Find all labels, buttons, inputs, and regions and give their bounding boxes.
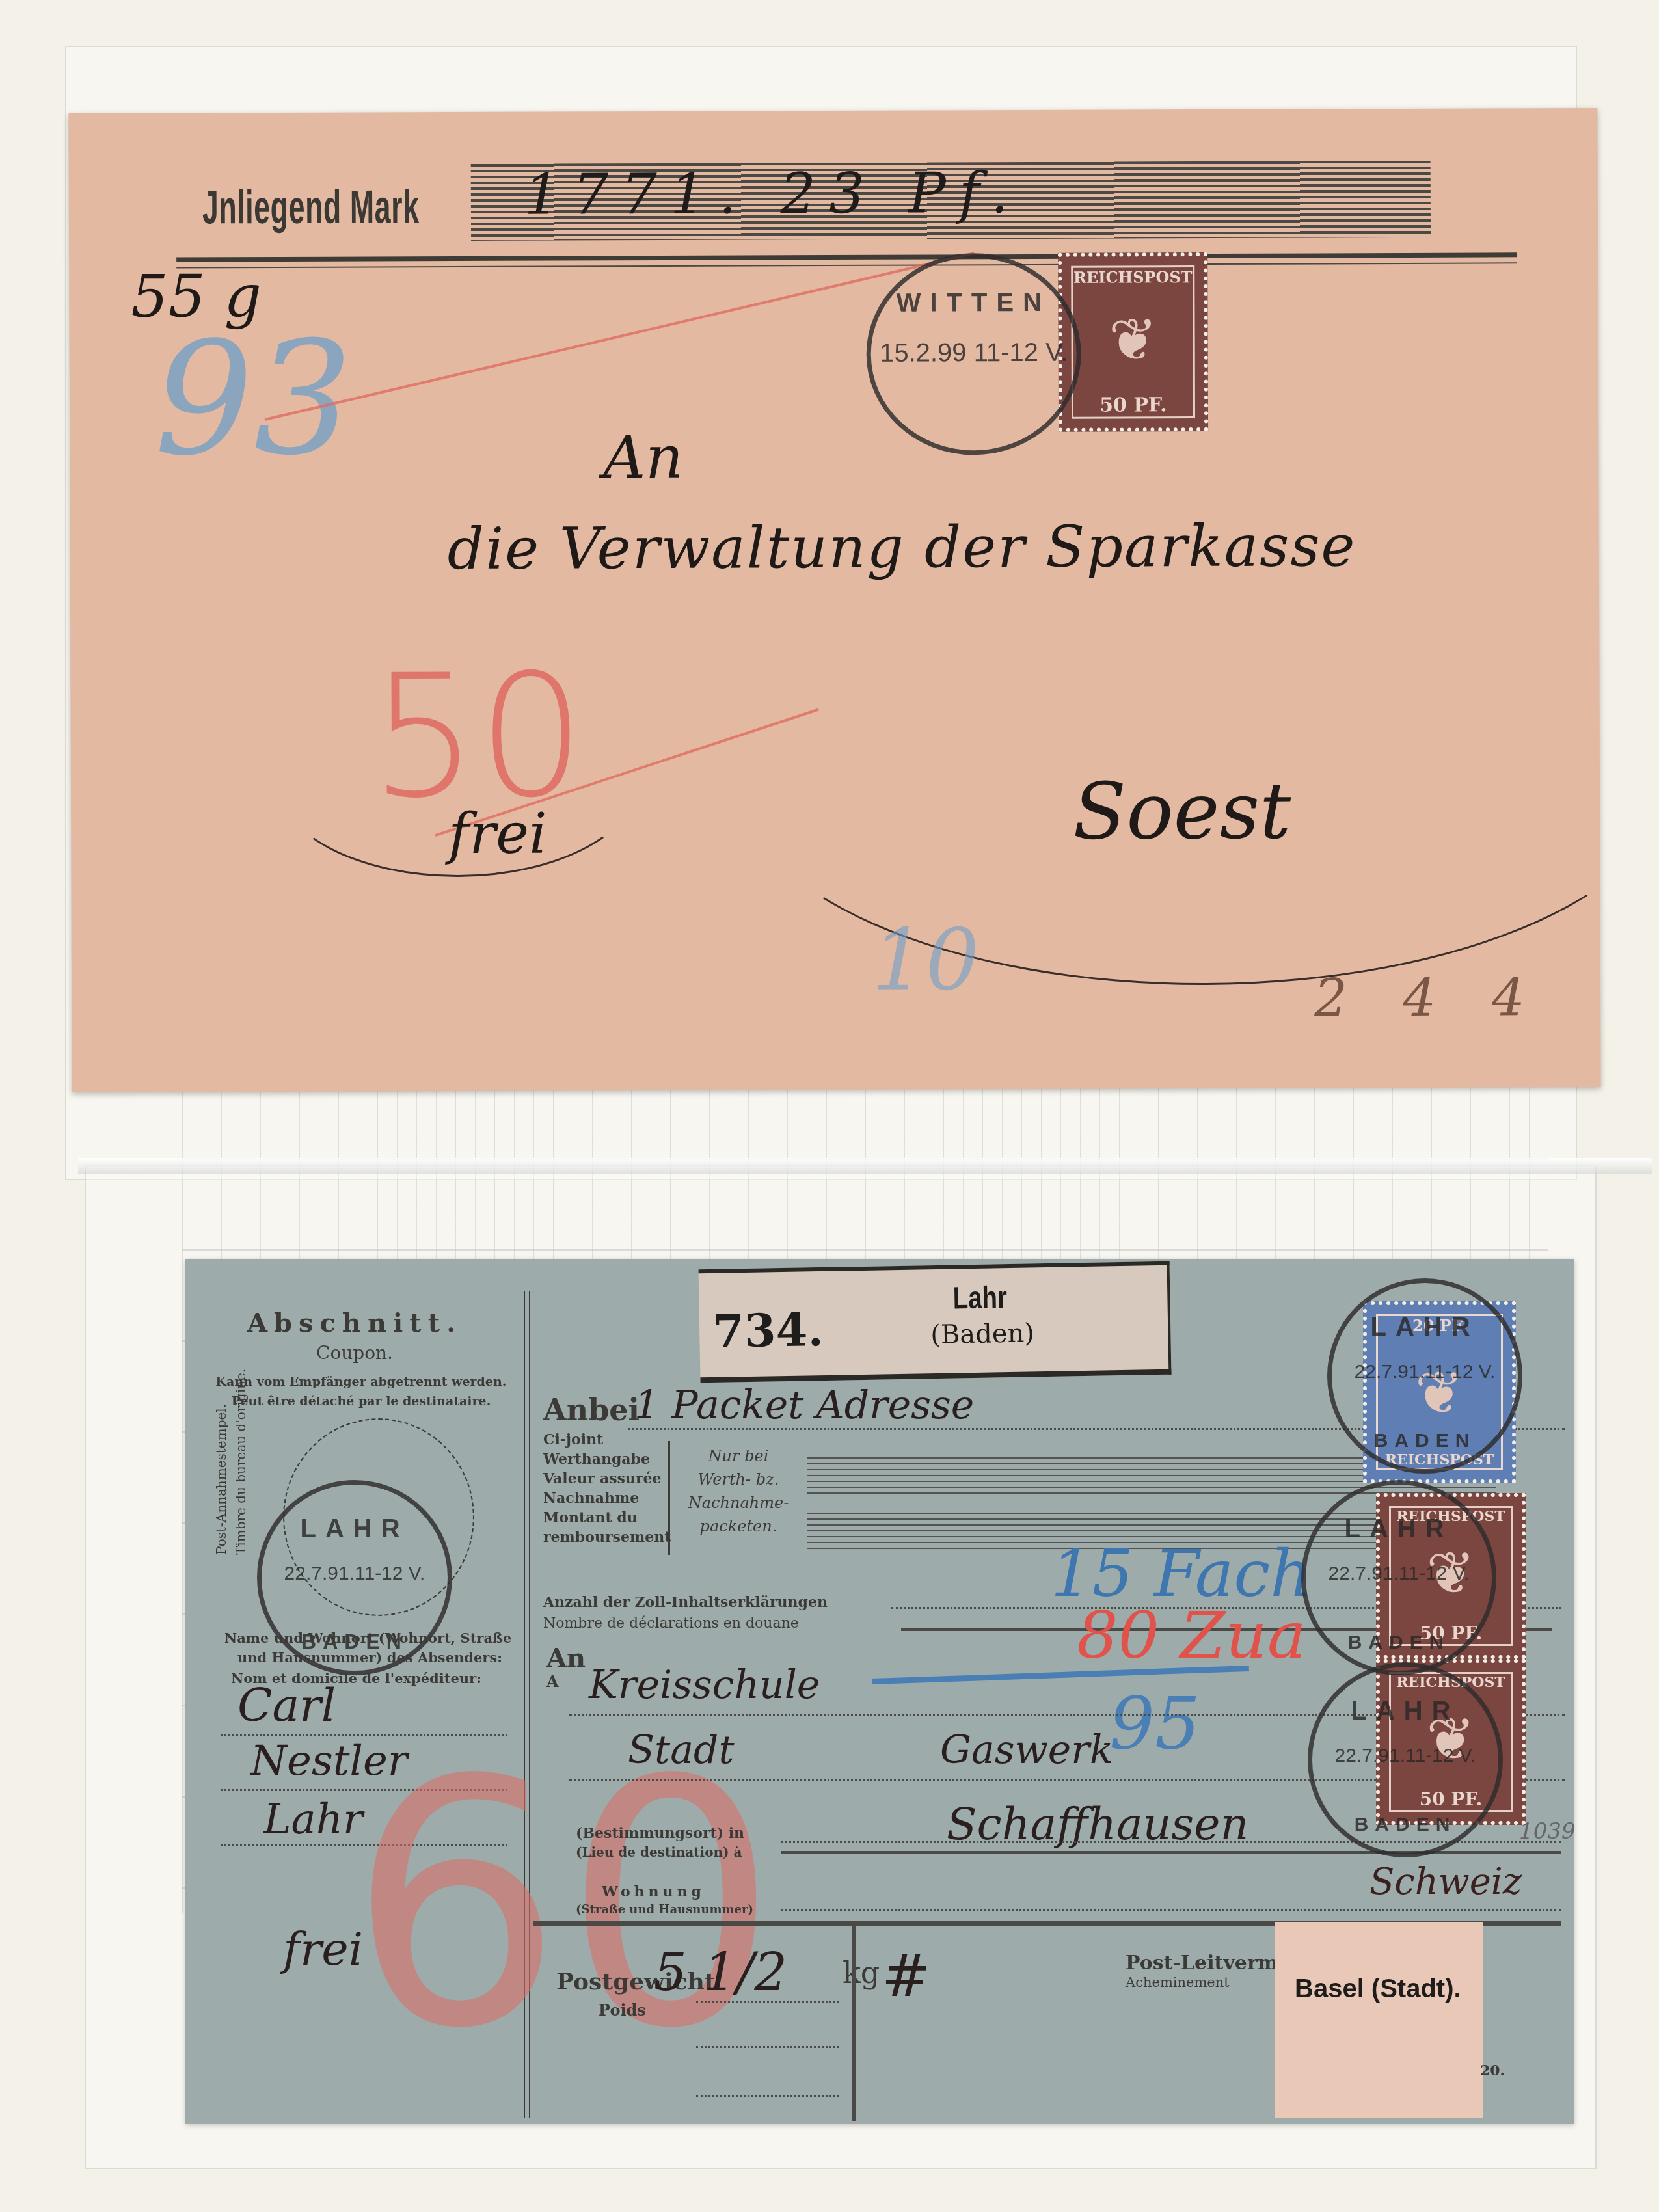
weight-value: 5 1/2 [654, 1942, 787, 2003]
route-label-sticker: Basel (Stadt). [1275, 1922, 1483, 2118]
blue-crayon-mark-small: 10 [872, 910, 980, 1010]
weight-unit: kg [843, 1955, 880, 1990]
envelope-label: Jnliegend Mark [202, 180, 420, 234]
customs-label-fr: Nombre de déclarations en douane [543, 1615, 799, 1632]
route-label-fr: Acheminement [1126, 1975, 1230, 1990]
customs-label-de: Anzahl der Zoll-Inhaltserklärungen [543, 1594, 828, 1611]
sender-label: und Hausnummer) des Absenders: [237, 1649, 502, 1666]
to-label-fr: A [546, 1672, 559, 1691]
postmark-lahr-coupon: LAHR 22.7.91.11-12 V. BADEN [257, 1480, 452, 1675]
sender-surname: Nestler [250, 1737, 407, 1785]
recipient-line-1: Kreisschule [589, 1662, 820, 1708]
cod-label-de: Nachnahme [543, 1490, 639, 1507]
anbei-label: Anbei [543, 1392, 640, 1427]
recipient-line-2: Stadt [628, 1727, 735, 1773]
value-note: Nur bei Werth- bz. Nachnahme- packeten. [680, 1444, 797, 1538]
origin-region: (Baden) [930, 1318, 1034, 1350]
destination-label-de: (Bestimmungsort) in [576, 1825, 744, 1842]
to-label-de: An [546, 1643, 586, 1673]
pencil-number: 1039 [1519, 1818, 1576, 1844]
bracket [668, 1441, 677, 1555]
route-label: Post-Leitverm [1126, 1952, 1278, 1975]
fee-mark: # [882, 1942, 930, 2010]
print-code: 20. [1480, 2062, 1505, 2079]
address-city: Soest [1073, 766, 1291, 857]
rule [176, 252, 1517, 262]
rule [781, 1851, 1561, 1854]
sender-name: Carl [237, 1679, 336, 1732]
sleeve-fold [78, 1158, 1652, 1174]
destination-label-fr: (Lieu de destination) à [576, 1844, 742, 1860]
origin-label: 734. Lahr (Baden) [699, 1261, 1172, 1383]
parcel-card: Abschnitt. Coupon. Kann vom Empfänger ab… [185, 1259, 1574, 2124]
postage-note: frei [283, 1922, 363, 1976]
recipient-line-3: Gaswerk [940, 1727, 1113, 1773]
red-annotation: 80 Zua [1077, 1597, 1306, 1673]
value-label-fr: Valeur assurée [543, 1470, 662, 1487]
origin-number: 734. [712, 1302, 824, 1358]
postmark-lahr: LAHR 22.7.91.11-12 V. BADEN [1301, 1480, 1496, 1675]
rule [176, 262, 1517, 268]
dotted-line [696, 2046, 839, 2048]
sender-town: Lahr [263, 1796, 362, 1844]
postmark-witten: WITTEN 15.2.99 11-12 V. [866, 253, 1081, 455]
value-label-de: Werthangabe [543, 1451, 650, 1468]
residence-label: Wohnung [602, 1883, 705, 1900]
envelope: Jnliegend Mark 1771. 23 Pf. 55 g 93 An d… [68, 108, 1600, 1092]
postmark-lahr: LAHR 22.7.91.11-12 V. BADEN [1308, 1662, 1503, 1857]
origin-town: Lahr [952, 1280, 1007, 1316]
blue-annotation-total: 95 [1109, 1682, 1200, 1765]
cijoint-label: Ci-joint [543, 1431, 603, 1448]
eagle-icon: ❦ [1109, 311, 1158, 370]
postage-note: frei [448, 802, 547, 867]
residence-sub-label: (Straße und Hausnummer) [576, 1903, 753, 1917]
envelope-amount: 1771. 23 Pf. [524, 161, 1022, 228]
dotted-line [781, 1909, 1561, 1911]
destination-country: Schweiz [1369, 1861, 1522, 1903]
blue-crayon-mark: 93 [154, 308, 353, 491]
dotted-line [696, 2095, 839, 2097]
stamp-50pf: REICHSPOST ❦ 50 PF. [1058, 252, 1208, 432]
stamp-area-label: Post-Annahmestempel. Timbre du bureau d'… [211, 1295, 250, 1555]
address-prefix: An [603, 424, 683, 492]
pencil-reference: 2 4 4 [1314, 967, 1544, 1028]
sender-label: Name und Wohnort (Wohnort, Straße [224, 1630, 511, 1646]
route-city: Basel (Stadt). [1295, 1975, 1461, 2004]
cod-label-fr: remboursement [543, 1529, 671, 1546]
weight-label-fr: Poids [599, 2001, 646, 2019]
dotted-line [696, 2001, 839, 2003]
postmark-lahr: LAHR 22.7.91.11-12 V. BADEN [1327, 1278, 1522, 1474]
anbei-value: 1 Packet Adresse [634, 1382, 974, 1428]
vertical-divider [852, 1926, 856, 2121]
cod-label-fr: Montant du [543, 1509, 638, 1526]
